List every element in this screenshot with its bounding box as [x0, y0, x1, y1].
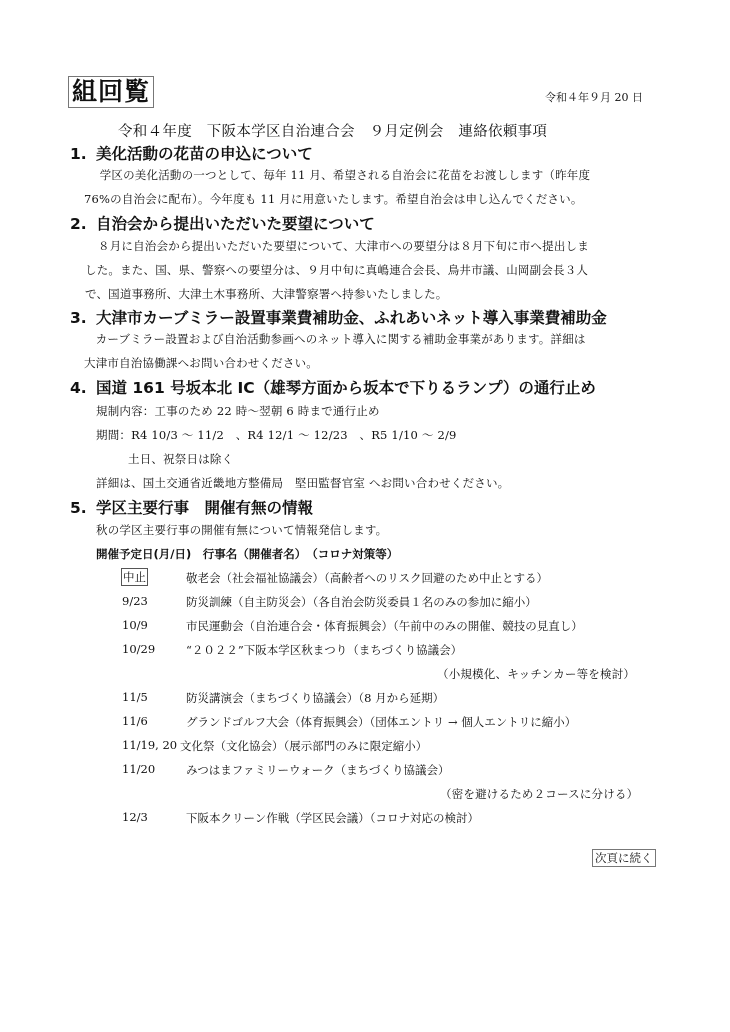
- section-2-line: した。また、国、県、警察への要望分は、９月中旬に真嶋連合会長、鳥井市議、山岡副会…: [85, 262, 588, 278]
- section-3-line: カーブミラー設置および自治活動参画へのネット導入に関する補助金事業があります。詳…: [84, 331, 586, 347]
- events-table-header: 開催予定日(月/日) 行事名（開催者名） （コロナ対策等）: [96, 546, 398, 562]
- event-note: （小規模化、キッチンカー等を検討）: [437, 666, 635, 682]
- event-date: 10/29: [122, 642, 155, 656]
- event-text: “２０２２”下阪本学区秋まつり（まちづくり協議会）: [186, 642, 462, 658]
- document-subtitle: 令和４年度 下阪本学区自治連合会 ９月定例会 連絡依頼事項: [118, 120, 547, 141]
- event-text: 下阪本クリーン作戦（学区民会議）（コロナ対応の検討）: [186, 810, 479, 826]
- event-date: 10/9: [122, 618, 148, 632]
- event-text: みつはまファミリーウォーク（まちづくり協議会）: [186, 762, 449, 778]
- continued-next-page: 次頁に続く: [592, 849, 656, 867]
- regulation-contact: 詳細は、国土交通省近畿地方整備局 堅田監督官室 へお問い合わせください。: [96, 475, 509, 491]
- section-2-heading: 2.自治会から提出いただいた要望について: [70, 212, 375, 234]
- event-text: グランドゴルフ大会（体育振興会）（団体エントリ → 個人エントリに縮小）: [186, 714, 576, 730]
- section-5-heading: 5.学区主要行事 開催有無の情報: [70, 496, 313, 518]
- regulation-period: 期間：R4 10/3 ～ 11/2 、R4 12/1 ～ 12/23 、R5 1…: [96, 427, 457, 443]
- event-date: 11/20: [122, 762, 155, 776]
- event-date: 11/5: [122, 690, 148, 704]
- section-1-heading: 1.美化活動の花苗の申込について: [70, 142, 313, 164]
- event-date: 11/6: [122, 714, 148, 728]
- document-title: 組回覧: [68, 76, 154, 108]
- section-1-line: 学区の美化活動の一つとして、毎年 11 月、希望される自治会に花苗をお渡しします…: [88, 167, 590, 183]
- section-4-heading: 4.国道 161 号坂本北 IC（雄琴方面から坂本で下りるランプ）の通行止め: [70, 376, 596, 398]
- event-text: 敬老会（社会福祉協議会）（高齢者へのリスク回避のため中止とする）: [186, 570, 548, 586]
- event-status-cancelled: 中止: [121, 568, 148, 586]
- section-5-line: 秋の学区主要行事の開催有無について情報発信します。: [96, 522, 387, 538]
- event-text: 文化祭（文化協会）（展示部門のみに限定縮小）: [180, 738, 427, 754]
- event-date: 9/23: [122, 594, 148, 608]
- regulation-exclusion: 土日、祝祭日は除く: [128, 451, 233, 467]
- event-text: 市民運動会（自治連合会・体育振興会）（午前中のみの開催、競技の見直し）: [186, 618, 583, 634]
- section-2-line: ８月に自治会から提出いただいた要望について、大津市への要望分は８月下旬に市へ提出…: [98, 238, 589, 254]
- event-text: 防災訓練（自主防災会）（各自治会防災委員１名のみの参加に縮小）: [186, 594, 537, 610]
- section-1-line: 76%の自治会に配布）。今年度も 11 月に用意いたします。希望自治会は申し込ん…: [84, 191, 583, 207]
- section-3-heading: 3.大津市カーブミラー設置事業費補助金、ふれあいネット導入事業費補助金: [70, 306, 607, 328]
- regulation-content: 規制内容：工事のため 22 時～翌朝 6 時まで通行止め: [96, 403, 380, 419]
- event-note: （密を避けるため２コースに分ける）: [440, 786, 638, 802]
- section-3-line: 大津市自治協働課へお問い合わせください。: [84, 355, 318, 371]
- section-2-line: で、国道事務所、大津土木事務所、大津警察署へ持参いたしました。: [85, 286, 447, 302]
- document-date: 令和４年９月 20 日: [545, 89, 643, 105]
- event-date: 11/19, 20: [122, 738, 177, 752]
- event-text: 防災講演会（まちづくり協議会）（8 月から延期）: [186, 690, 444, 706]
- event-date: 12/3: [122, 810, 148, 824]
